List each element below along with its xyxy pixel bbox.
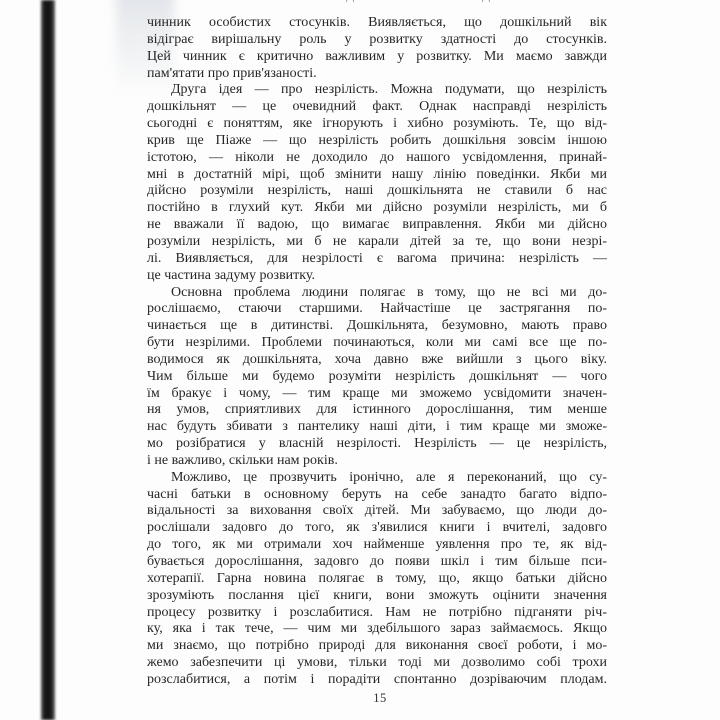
text-line: нас будуть збивати з пантелику наші діти… (147, 419, 607, 436)
text-line: лі. Виявляється, для незрілості є вагома… (147, 251, 607, 268)
text-line: не вважали її вадою, що вимагає виправле… (147, 217, 607, 234)
text-line: розслабитися, а потім і порадіти спонтан… (147, 672, 607, 689)
text-line: бувається дорослішання, задовго до появи… (147, 554, 607, 571)
text-line: Чим більше ми будемо розуміти незрілість… (147, 369, 607, 386)
text-line: відіграє вирішальну роль у розвитку здат… (147, 32, 607, 49)
text-line: сьогодні є поняттям, яке ігнорують і хиб… (147, 116, 607, 133)
text-line: чинається ще в дитинстві. Дошкільнята, б… (147, 318, 607, 335)
text-line: зрозуміють послання цієї книги, вони змо… (147, 588, 607, 605)
text-line: розуміли незрілість, ми б не карали діте… (147, 234, 607, 251)
book-gutter-shadow (41, 0, 55, 720)
text-line: процесу розвитку і розслабитися. Нам не … (147, 605, 607, 622)
text-line: хотерапії. Гарна новина полягає в тому, … (147, 571, 607, 588)
text-line: мо розібратися у власній незрілості. Нез… (147, 436, 607, 453)
text-line: дошкільнят — це очевидний факт. Однак на… (147, 99, 607, 116)
text-line: ку, яка і так тече, — чим ми здебільшого… (147, 621, 607, 638)
text-line: бути незрілими. Проблеми починаються, ко… (147, 335, 607, 352)
text-line: жемо забезпечити ці умови, тільки тоді м… (147, 655, 607, 672)
text-line: ня умов, сприятливих для істинного дорос… (147, 402, 607, 419)
text-line: Друга ідея — про незрілість. Можна подум… (147, 82, 607, 99)
body-text-block: чинник особистих стосунків. Виявляється,… (147, 15, 607, 689)
running-head: СПОКІЙ. ГРАЙ. ВЗАЄМОДІЙ: ЯК ЗРОЗУМІТИ ДО… (150, 0, 610, 3)
text-line: рослішаємо, стаючи старшими. Найчастіше … (147, 301, 607, 318)
text-line: водимося як дошкільнята, хоча давно вже … (147, 352, 607, 369)
text-line: відальності за виховання своїх дітей. Ми… (147, 503, 607, 520)
text-line: рослішали задовго до того, як з'явилися … (147, 520, 607, 537)
text-line: це частина задуму розвитку. (147, 268, 607, 285)
text-line: і не важливо, скільки нам років. (147, 453, 607, 470)
page-number: 15 (150, 691, 610, 706)
text-line: постійно в глухий кут. Якби ми дійсно ро… (147, 200, 607, 217)
text-line: істотою, — ніколи не доходило до нашого … (147, 150, 607, 167)
text-line: Можливо, це прозвучить іронічно, але я п… (147, 470, 607, 487)
text-line: Основна проблема людини полягає в тому, … (147, 285, 607, 302)
text-line: до того, як ми отримали хоч найменше уяв… (147, 537, 607, 554)
text-line: часні батьки в основному беруть на себе … (147, 487, 607, 504)
text-line: крив ще Піаже — що незрілість робить дош… (147, 133, 607, 150)
text-line: чинник особистих стосунків. Виявляється,… (147, 15, 607, 32)
text-line: Цей чинник є критично важливим у розвитк… (147, 49, 607, 66)
text-line: пам'ятати про прив'язаності. (147, 66, 607, 83)
text-line: дійсно розуміли незрілість, наші дошкіль… (147, 183, 607, 200)
text-line: ми знаємо, що потрібно природі для викон… (147, 638, 607, 655)
book-page-scan: СПОКІЙ. ГРАЙ. ВЗАЄМОДІЙ: ЯК ЗРОЗУМІТИ ДО… (0, 0, 720, 720)
text-line: їм бракує і чому, — тим краще ми зможемо… (147, 386, 607, 403)
text-line: мні в достатній мірі, щоб змінити нашу л… (147, 167, 607, 184)
